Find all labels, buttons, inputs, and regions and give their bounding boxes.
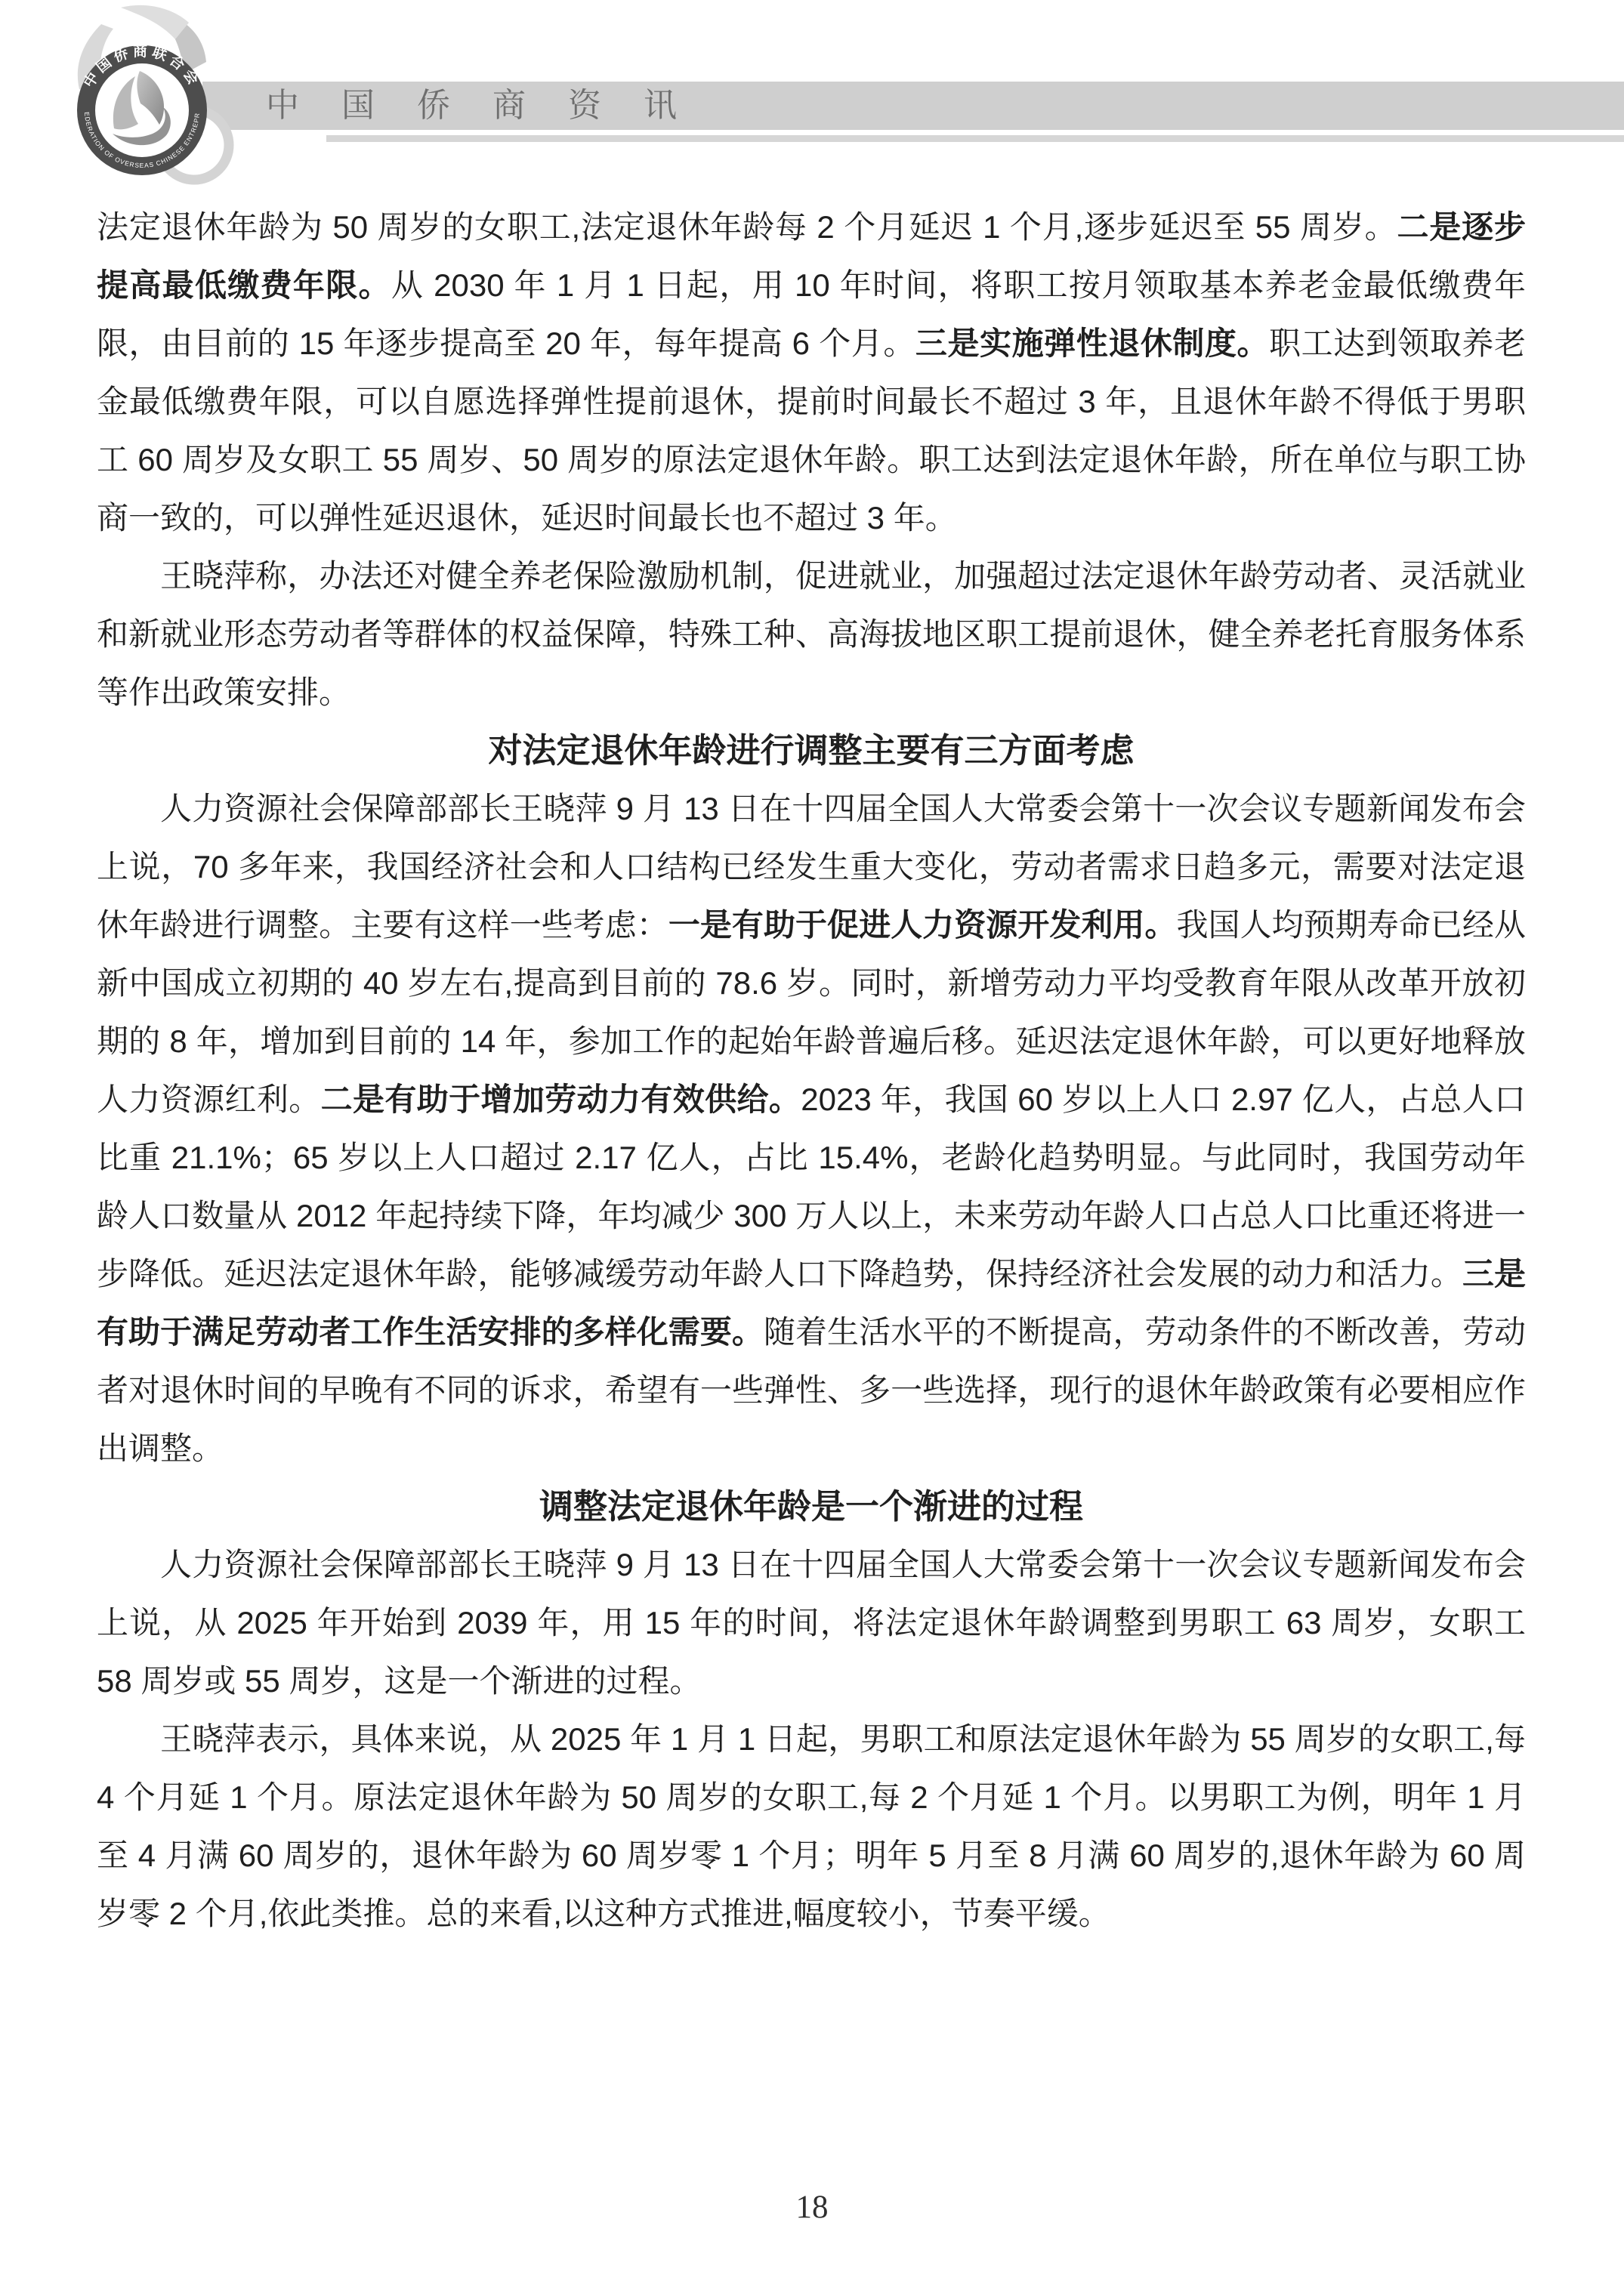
section-heading: 对法定退休年龄进行调整主要有三方面考虑 [97, 721, 1526, 779]
article-body: 法定退休年龄为 50 周岁的女职工,法定退休年龄每 2 个月延迟 1 个月,逐步… [97, 198, 1526, 1943]
page-number: 18 [0, 2189, 1624, 2226]
federation-seal-logo: 中国侨商联合会 CHINA FEDERATION OF OVERSEAS CHI… [0, 0, 347, 219]
bold-text-run: 三是实施弹性退休制度。 [915, 326, 1269, 361]
document-page: 中国侨商资讯 [0, 0, 1624, 2293]
paragraph: 法定退休年龄为 50 周岁的女职工,法定退休年龄每 2 个月延迟 1 个月,逐步… [97, 198, 1526, 547]
text-run: 王晓萍表示，具体来说，从 2025 年 1 月 1 日起，男职工和原法定退休年龄… [97, 1721, 1526, 1931]
paragraph: 人力资源社会保障部部长王晓萍 9 月 13 日在十四届全国人大常委会第十一次会议… [97, 1535, 1526, 1710]
paragraph: 人力资源社会保障部部长王晓萍 9 月 13 日在十四届全国人大常委会第十一次会议… [97, 779, 1526, 1477]
paragraph: 王晓萍表示，具体来说，从 2025 年 1 月 1 日起，男职工和原法定退休年龄… [97, 1710, 1526, 1943]
text-run: 人力资源社会保障部部长王晓萍 9 月 13 日在十四届全国人大常委会第十一次会议… [97, 1547, 1526, 1699]
bold-text-run: 二是有助于增加劳动力有效供给。 [321, 1082, 801, 1117]
text-run: 王晓萍称，办法还对健全养老保险激励机制，促进就业，加强超过法定退休年龄劳动者、灵… [97, 558, 1526, 710]
bold-text-run: 一是有助于促进人力资源开发利用。 [668, 907, 1177, 943]
header-bar-accent [326, 135, 1624, 142]
paragraph: 王晓萍称，办法还对健全养老保险激励机制，促进就业，加强超过法定退休年龄劳动者、灵… [97, 547, 1526, 721]
section-heading: 调整法定退休年龄是一个渐进的过程 [97, 1477, 1526, 1535]
